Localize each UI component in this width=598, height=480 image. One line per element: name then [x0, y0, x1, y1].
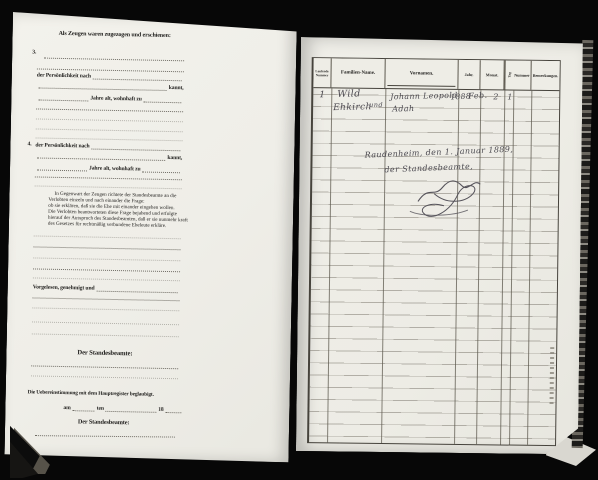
form-line: [38, 94, 88, 102]
form-line: [35, 184, 182, 189]
witness-heading: Als Zeugen waren zugezogen und erschiene…: [59, 31, 171, 39]
age-residence-label: Jahre alt, wohnhaft zu: [90, 96, 142, 103]
entry-family-name-1: Wild: [337, 88, 361, 100]
entry-month: Feb.: [468, 91, 488, 101]
form-line: [93, 73, 182, 82]
column-divider: [476, 90, 481, 444]
entry-given-names-1: Johann Leopold: [390, 91, 457, 102]
form-line: [144, 96, 182, 104]
form-line: [92, 143, 181, 152]
date-ten: ten: [97, 406, 104, 412]
entry-register-number: 1: [507, 93, 513, 102]
form-line: [33, 245, 180, 250]
col-header-remarks: Bemerkungen.: [531, 61, 559, 90]
witness1-number: 3.: [32, 49, 36, 55]
age-residence-label: Jahre alt, wohnhaft zu: [89, 165, 141, 172]
form-line: [34, 234, 181, 239]
form-line: [33, 267, 180, 272]
entry-given-names-2: Adah: [392, 104, 415, 114]
form-line: [37, 151, 165, 160]
form-line: [36, 107, 183, 112]
col-header-year: Jahr.: [458, 60, 480, 89]
known-row-2: kannt,: [35, 151, 182, 161]
date-year-prefix: 18: [158, 407, 164, 413]
form-line: [35, 175, 182, 180]
column-divider: [500, 90, 505, 444]
form-line: [44, 57, 184, 62]
identity-label: der Persönlichkeit nach: [37, 72, 91, 79]
table-header-row: Laufende Nummer Familien-Name. Vornamen.…: [313, 58, 559, 91]
form-line: [36, 117, 183, 122]
form-line: [36, 127, 183, 132]
form-line: [33, 276, 180, 281]
known-row-1: kannt,: [37, 81, 184, 91]
page-corner-fold: [10, 408, 96, 474]
read-approved-label: Vorgelesen, genehmigt und: [33, 284, 95, 291]
form-line: [32, 306, 179, 311]
identity-row-1: der Persönlichkeit nach: [37, 71, 184, 81]
form-line: [142, 166, 180, 174]
age-row-1: Jahre alt, wohnhaft zu: [36, 93, 183, 103]
form-line: [106, 405, 157, 413]
printer-imprint: [550, 347, 555, 405]
col-header-month: Monat.: [480, 60, 504, 89]
name-index-table: Laufende Nummer Familien-Name. Vornamen.…: [307, 57, 561, 446]
form-line: [32, 320, 179, 325]
age-row-2: Jahre alt, wohnhaft zu: [35, 163, 182, 173]
form-line: [36, 136, 183, 141]
right-index-page: Laufende Nummer Familien-Name. Vornamen.…: [296, 37, 583, 454]
form-line: [33, 256, 180, 261]
witness2-number: 4.: [27, 141, 31, 147]
left-register-page: Als Zeugen waren zugezogen und erschiene…: [4, 12, 296, 462]
col-header-family-name: Familien-Name.: [331, 58, 385, 88]
form-line: [32, 332, 179, 337]
entry-running-number: 1: [319, 90, 325, 100]
read-approved-row: Vorgelesen, genehmigt und: [33, 283, 180, 293]
column-divider: [327, 88, 332, 442]
column-divider: [527, 91, 532, 445]
column-divider: [381, 89, 386, 443]
form-line: [39, 82, 167, 91]
form-line: [31, 374, 178, 379]
identity-label: der Persönlichkeit nach: [35, 142, 89, 149]
col-header-running-number: Laufende Nummer: [313, 58, 331, 87]
form-line: [166, 406, 182, 413]
declaration-paragraph: In Gegenwart der Zeugen richtete der Sta…: [48, 192, 179, 230]
closing-place-date: Raudenheim, den 1. Januar 1889,: [364, 145, 513, 160]
col-header-entry-number: Nummer: [513, 61, 531, 90]
registrar-signature: [404, 171, 505, 224]
entry-day: 2: [493, 92, 499, 101]
col-header-given-names: Vornamen.: [385, 59, 458, 89]
form-line: [37, 163, 87, 171]
form-line: [33, 296, 180, 301]
col-header-day: Tag: [504, 60, 513, 89]
certification-line: Die Uebereinstimmung mit dem Hauptregist…: [28, 389, 154, 397]
column-divider: [509, 91, 514, 445]
paragraph-line: des Gesetzes für rechtmäßig verbundene E…: [48, 221, 178, 229]
form-line: [96, 285, 177, 294]
registrar-heading: Der Standesbeamte:: [31, 348, 178, 358]
column-divider: [454, 90, 459, 444]
known-suffix: kannt,: [167, 155, 182, 161]
identity-row-2: der Persönlichkeit nach: [35, 141, 182, 151]
known-suffix: kannt,: [169, 85, 184, 91]
form-line: [31, 364, 178, 369]
entry-family-name-2: Ehkirch: [333, 102, 372, 113]
